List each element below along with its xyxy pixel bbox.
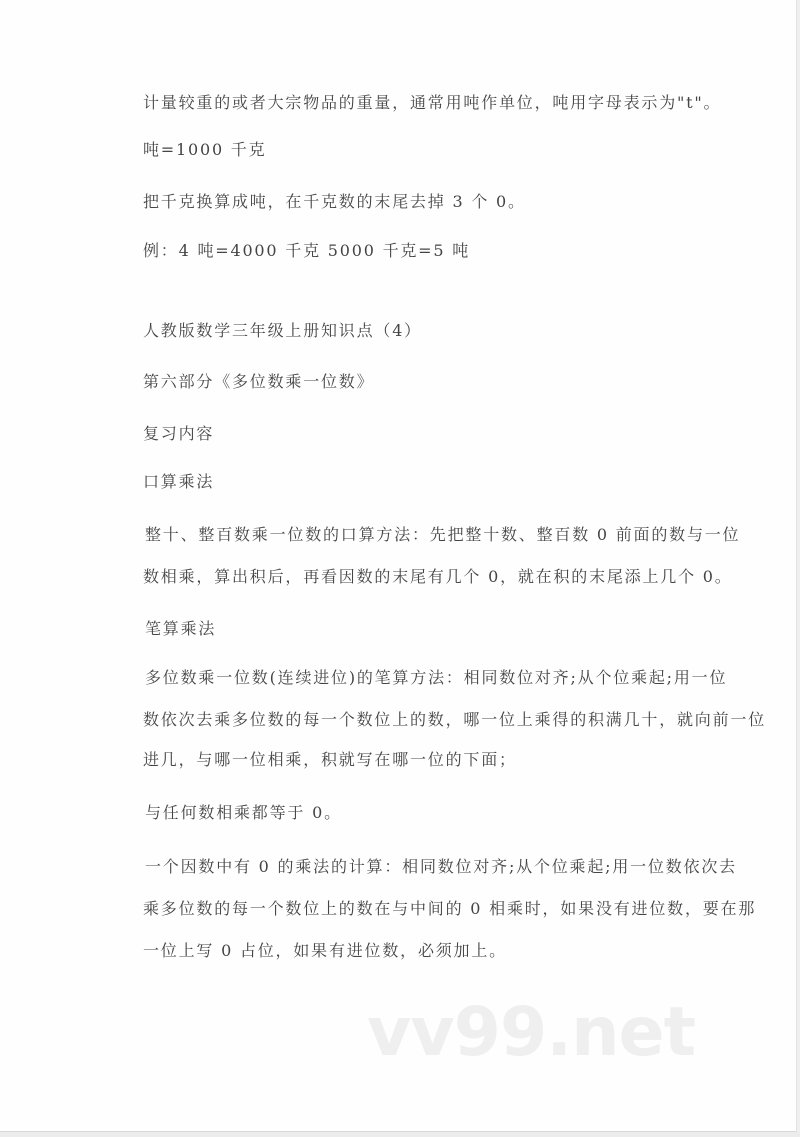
paragraph-zero-factor-line2: 乘多位数的每一个数位上的数在与中间的 0 相乘时，如果没有进位数，要在那 <box>143 899 756 919</box>
paragraph-kg-to-ton: 把千克换算成吨，在千克数的末尾去掉 3 个 0。 <box>143 192 526 212</box>
paragraph-ton-equals: 吨=1000 千克 <box>143 140 266 160</box>
paragraph-zero-factor-line1: 一个因数中有 0 的乘法的计算：相同数位对齐;从个位乘起;用一位数依次去 <box>145 857 737 877</box>
paragraph-oral-method-line1: 整十、整百数乘一位数的口算方法：先把整十数、整百数 0 前面的数与一位 <box>145 525 740 545</box>
oral-multiplication-heading: 口算乘法 <box>143 472 214 492</box>
page-edge-bottom <box>0 1132 800 1137</box>
review-heading: 复习内容 <box>143 424 214 444</box>
paragraph-zero-rule: 与任何数相乘都等于 0。 <box>145 803 342 823</box>
paragraph-zero-factor-line3: 一位上写 0 占位，如果有进位数，必须加上。 <box>143 941 507 961</box>
paragraph-written-method-line3: 进几，与哪一位相乘，积就写在哪一位的下面； <box>143 750 517 770</box>
section-title: 人教版数学三年级上册知识点（4） <box>143 321 422 341</box>
watermark: vv99.net <box>367 998 695 1068</box>
document-page: 计量较重的或者大宗物品的重量，通常用吨作单位，吨用字母表示为"t"。 吨=100… <box>0 0 797 1132</box>
paragraph-example: 例：4 吨=4000 千克 5000 千克=5 吨 <box>143 241 470 261</box>
paragraph-written-method-line1: 多位数乘一位数(连续进位)的笔算方法：相同数位对齐;从个位乘起;用一位 <box>145 668 727 688</box>
paragraph-oral-method-line2: 数相乘，算出积后，再看因数的末尾有几个 0，就在积的末尾添上几个 0。 <box>143 567 733 587</box>
written-multiplication-heading: 笔算乘法 <box>145 619 216 639</box>
paragraph-written-method-line2: 数依次去乘多位数的每一个数位上的数，哪一位上乘得的积满几十，就向前一位 <box>143 710 766 730</box>
paragraph-ton-definition: 计量较重的或者大宗物品的重量，通常用吨作单位，吨用字母表示为"t"。 <box>143 93 721 113</box>
part-heading: 第六部分《多位数乘一位数》 <box>143 372 374 392</box>
